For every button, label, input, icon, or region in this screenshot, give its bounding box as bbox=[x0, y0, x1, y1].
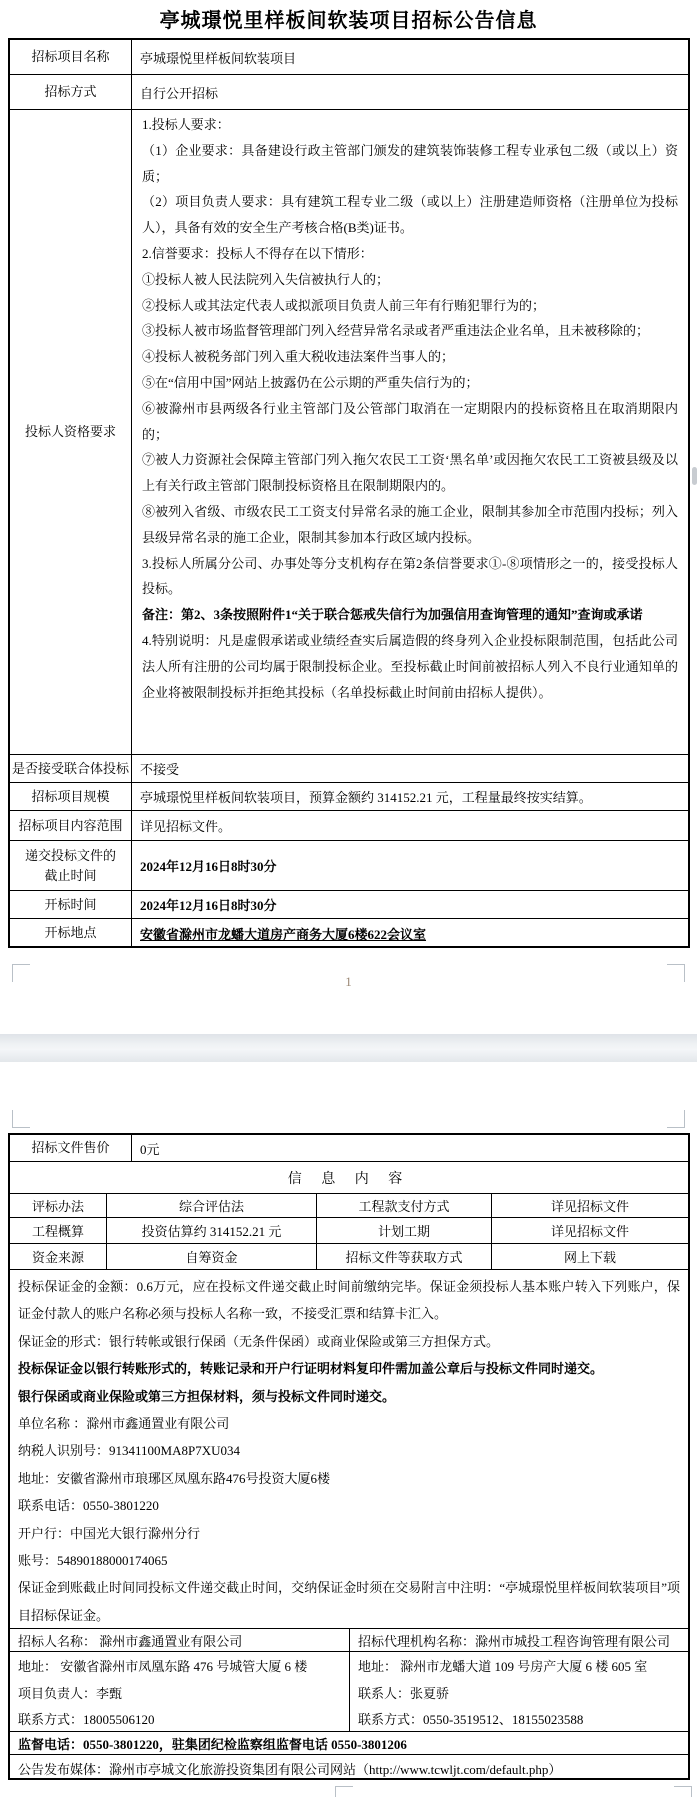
page2-corner-mark-left bbox=[12, 1110, 30, 1128]
table-row-document-price: 招标文件售价 0元 bbox=[10, 1135, 688, 1162]
funding-source-label: 资金来源 bbox=[10, 1244, 107, 1269]
content-scope-label: 招标项目内容范围 bbox=[10, 811, 132, 840]
document-access-label: 招标文件等获取方式 bbox=[317, 1244, 492, 1269]
evaluation-method-value: 综合评估法 bbox=[107, 1194, 317, 1217]
table-row-contact-details: 地址： 安徽省滁州市凤凰东路 476 号城管大厦 6 楼 项目负责人：李甄 联系… bbox=[10, 1652, 688, 1732]
qualification-label: 投标人资格要求 bbox=[10, 110, 132, 754]
table-row-project-name: 招标项目名称 亭城璟悦里样板间软装项目 bbox=[10, 40, 688, 75]
document-price-label: 招标文件售价 bbox=[10, 1135, 132, 1161]
qualification-paragraph: 3.投标人所属分公司、办事处等分支机构存在第2条信誉要求①-⑧项情形之一的，接受… bbox=[142, 551, 678, 603]
bidder-project-manager: 项目负责人：李甄 bbox=[18, 1681, 341, 1708]
info-table: 招标文件售价 0元 信 息 内 容 评标办法 综合评估法 工程款支付方式 详见招… bbox=[8, 1133, 690, 1780]
deposit-paragraph-bold: 银行保函或商业保险或第三方担保材料，须与投标文件同时递交。 bbox=[18, 1383, 680, 1410]
qualification-paragraph: 1.投标人要求： bbox=[142, 112, 678, 138]
page2-corner-mark-right bbox=[667, 1110, 685, 1128]
deposit-account: 账号：54890188000174065 bbox=[18, 1547, 680, 1574]
opening-time-value: 2024年12月16日8时30分 bbox=[132, 891, 688, 918]
scrollbar-thumb[interactable] bbox=[692, 467, 697, 485]
agency-contact-details: 地址： 滁州市龙蟠大道 109 号房产大厦 6 楼 605 室 联系人：张夏骄 … bbox=[350, 1652, 688, 1731]
tender-method-value: 自行公开招标 bbox=[132, 75, 688, 109]
payment-method-label: 工程款支付方式 bbox=[317, 1194, 492, 1217]
agency-contact-person: 联系人：张夏骄 bbox=[358, 1681, 680, 1708]
qualification-paragraph: ①投标人被人民法院列入失信被执行人的； bbox=[142, 267, 678, 293]
bidder-contact-details: 地址： 安徽省滁州市凤凰东路 476 号城管大厦 6 楼 项目负责人：李甄 联系… bbox=[10, 1652, 350, 1731]
page2-bottom-corner-mark-right bbox=[674, 1786, 692, 1797]
announcement-table: 招标项目名称 亭城璟悦里样板间软装项目 招标方式 自行公开招标 投标人资格要求 … bbox=[8, 38, 690, 948]
tender-method-label: 招标方式 bbox=[10, 75, 132, 109]
deposit-company-name: 单位名称 ：滁州市鑫通置业有限公司 bbox=[18, 1410, 680, 1437]
project-estimate-value: 投资估算约 314152.21 元 bbox=[107, 1218, 317, 1243]
qualification-paragraph: ⑧被列入省级、市级农民工工资支付异常名录的施工企业，限制其参加全市范围内投标；列… bbox=[142, 499, 678, 551]
content-scope-value: 详见招标文件。 bbox=[132, 811, 688, 840]
deposit-paragraph: 投标保证金的金额：0.6万元，应在投标文件递交截止时间前缴纳完毕。保证金须投标人… bbox=[18, 1273, 680, 1328]
submission-deadline-label: 递交投标文件的 截止时间 bbox=[10, 841, 132, 890]
qualification-paragraph: （2）项目负责人要求：具有建筑工程专业二级（或以上）注册建造师资格（注册单位为投… bbox=[142, 189, 678, 241]
page-separator bbox=[0, 1034, 697, 1062]
table-row-content-scope: 招标项目内容范围 详见招标文件。 bbox=[10, 811, 688, 841]
qualification-paragraph: （1）企业要求：具备建设行政主管部门颁发的建筑装饰装修工程专业承包二级（或以上）… bbox=[142, 138, 678, 190]
qualification-paragraph: ④投标人被税务部门列入重大税收违法案件当事人的； bbox=[142, 344, 678, 370]
deposit-paragraph-bold: 投标保证金以银行转账形式的，转账记录和开户行证明材料复印件需加盖公章后与投标文件… bbox=[18, 1355, 680, 1382]
info-content-header: 信 息 内 容 bbox=[10, 1162, 688, 1194]
agency-name: 招标代理机构名称：滁州市城投工程咨询管理有限公司 bbox=[350, 1629, 688, 1651]
qualification-note-paragraph: 备注：第2、3条按照附件1“关于联合惩戒失信行为加强信用查询管理的通知”查询或承… bbox=[142, 602, 678, 628]
supervision-phone: 监督电话：0550-3801220，驻集团纪检监察组监督电话 0550-3801… bbox=[10, 1732, 688, 1754]
opening-place-label: 开标地点 bbox=[10, 919, 132, 947]
deposit-paragraph: 保证金的形式：银行转帐或银行保函（无条件保函）或商业保险或第三方担保方式。 bbox=[18, 1328, 680, 1355]
deposit-taxpayer-id: 纳税人识别号：91341100MA8P7XU034 bbox=[18, 1437, 680, 1464]
agency-address: 地址： 滁州市龙蟠大道 109 号房产大厦 6 楼 605 室 bbox=[358, 1654, 680, 1681]
project-name-value: 亭城璟悦里样板间软装项目 bbox=[132, 40, 688, 74]
document-access-value: 网上下载 bbox=[492, 1244, 688, 1269]
project-scale-label: 招标项目规模 bbox=[10, 783, 132, 810]
project-name-label: 招标项目名称 bbox=[10, 40, 132, 74]
opening-time-label: 开标时间 bbox=[10, 891, 132, 918]
bidder-contact-phone: 联系方式：18005506120 bbox=[18, 1707, 341, 1731]
table-row-funding: 资金来源 自筹资金 招标文件等获取方式 网上下载 bbox=[10, 1244, 688, 1270]
table-row-opening-time: 开标时间 2024年12月16日8时30分 bbox=[10, 891, 688, 919]
table-row-tender-method: 招标方式 自行公开招标 bbox=[10, 75, 688, 110]
page-title: 亭城璟悦里样板间软装项目招标公告信息 bbox=[0, 4, 697, 33]
project-scale-value: 亭城璟悦里样板间软装项目，预算金额约 314152.21 元，工程量最终按实结算… bbox=[132, 783, 688, 810]
table-row-consortium: 是否接受联合体投标 不接受 bbox=[10, 755, 688, 783]
announcement-media: 公告发布媒体：滁州市亭城文化旅游投资集团有限公司网站（http://www.tc… bbox=[10, 1755, 688, 1782]
consortium-label: 是否接受联合体投标 bbox=[10, 755, 132, 782]
submission-deadline-label-line2: 截止时间 bbox=[44, 866, 96, 886]
qualification-paragraph: ②投标人或其法定代表人或拟派项目负责人前三年有行贿犯罪行为的； bbox=[142, 293, 678, 319]
bid-deposit-section: 投标保证金的金额：0.6万元，应在投标文件递交截止时间前缴纳完毕。保证金须投标人… bbox=[10, 1270, 688, 1629]
deposit-address: 地址：安徽省滁州市琅琊区凤凰东路476号投资大厦6楼 bbox=[18, 1465, 680, 1492]
document-canvas: 亭城璟悦里样板间软装项目招标公告信息 招标项目名称 亭城璟悦里样板间软装项目 招… bbox=[0, 0, 697, 1797]
funding-source-value: 自筹资金 bbox=[107, 1244, 317, 1269]
payment-method-value: 详见招标文件 bbox=[492, 1194, 688, 1217]
bidder-address: 地址： 安徽省滁州市凤凰东路 476 号城管大厦 6 楼 bbox=[18, 1654, 341, 1681]
qualification-paragraph: ⑤在“信用中国”网站上披露仍在公示期的严重失信行为的； bbox=[142, 370, 678, 396]
deposit-note: 保证金到账截止时间同投标文件递交截止时间，交纳保证金时须在交易附言中注明：“亭城… bbox=[18, 1574, 680, 1629]
table-row-estimate: 工程概算 投资估算约 314152.21 元 计划工期 详见招标文件 bbox=[10, 1218, 688, 1244]
deposit-bank: 开户行：中国光大银行滁州分行 bbox=[18, 1520, 680, 1547]
project-estimate-label: 工程概算 bbox=[10, 1218, 107, 1243]
table-row-supervision: 监督电话：0550-3801220，驻集团纪检监察组监督电话 0550-3801… bbox=[10, 1732, 688, 1755]
table-row-submission-deadline: 递交投标文件的 截止时间 2024年12月16日8时30分 bbox=[10, 841, 688, 891]
table-row-project-scale: 招标项目规模 亭城璟悦里样板间软装项目，预算金额约 314152.21 元，工程… bbox=[10, 783, 688, 811]
table-row-qualification: 投标人资格要求 1.投标人要求： （1）企业要求：具备建设行政主管部门颁发的建筑… bbox=[10, 110, 688, 755]
table-row-media: 公告发布媒体：滁州市亭城文化旅游投资集团有限公司网站（http://www.tc… bbox=[10, 1755, 688, 1782]
submission-deadline-value: 2024年12月16日8时30分 bbox=[132, 841, 688, 890]
agency-contact-phone: 联系方式：0550-3519512、18155023588 bbox=[358, 1707, 680, 1731]
qualification-paragraph: ⑥被滁州市县两级各行业主管部门及公管部门取消在一定期限内的投标资格且在取消期限内… bbox=[142, 396, 678, 448]
page-number: 1 bbox=[0, 974, 697, 990]
planned-duration-label: 计划工期 bbox=[317, 1218, 492, 1243]
submission-deadline-label-line1: 递交投标文件的 bbox=[25, 846, 116, 866]
planned-duration-value: 详见招标文件 bbox=[492, 1218, 688, 1243]
qualification-paragraph: ③投标人被市场监督管理部门列入经营异常名录或者严重违法企业名单，且未被移除的； bbox=[142, 318, 678, 344]
qualification-paragraph: ⑦被人力资源社会保障主管部门列入拖欠农民工工资‘黑名单’或因拖欠农民工工资被县级… bbox=[142, 447, 678, 499]
qualification-paragraph: 2.信誉要求：投标人不得存在以下情形： bbox=[142, 241, 678, 267]
table-row-evaluation: 评标办法 综合评估法 工程款支付方式 详见招标文件 bbox=[10, 1194, 688, 1218]
deposit-phone: 联系电话：0550-3801220 bbox=[18, 1492, 680, 1519]
opening-place-value: 安徽省滁州市龙蟠大道房产商务大厦6楼622会议室 bbox=[132, 919, 688, 947]
qualification-paragraph: 4.特别说明：凡是虚假承诺或业绩经查实后属造假的终身列入企业投标限制范围，包括此… bbox=[142, 628, 678, 705]
table-row-opening-place: 开标地点 安徽省滁州市龙蟠大道房产商务大厦6楼622会议室 bbox=[10, 919, 688, 947]
bidder-name: 招标人名称： 滁州市鑫通置业有限公司 bbox=[10, 1629, 350, 1651]
document-price-value: 0元 bbox=[132, 1135, 688, 1161]
page2-bottom-corner-mark-left bbox=[335, 1786, 353, 1797]
evaluation-method-label: 评标办法 bbox=[10, 1194, 107, 1217]
consortium-value: 不接受 bbox=[132, 755, 688, 782]
table-row-contact-titles: 招标人名称： 滁州市鑫通置业有限公司 招标代理机构名称：滁州市城投工程咨询管理有… bbox=[10, 1629, 688, 1652]
qualification-text: 1.投标人要求： （1）企业要求：具备建设行政主管部门颁发的建筑装饰装修工程专业… bbox=[132, 110, 688, 754]
